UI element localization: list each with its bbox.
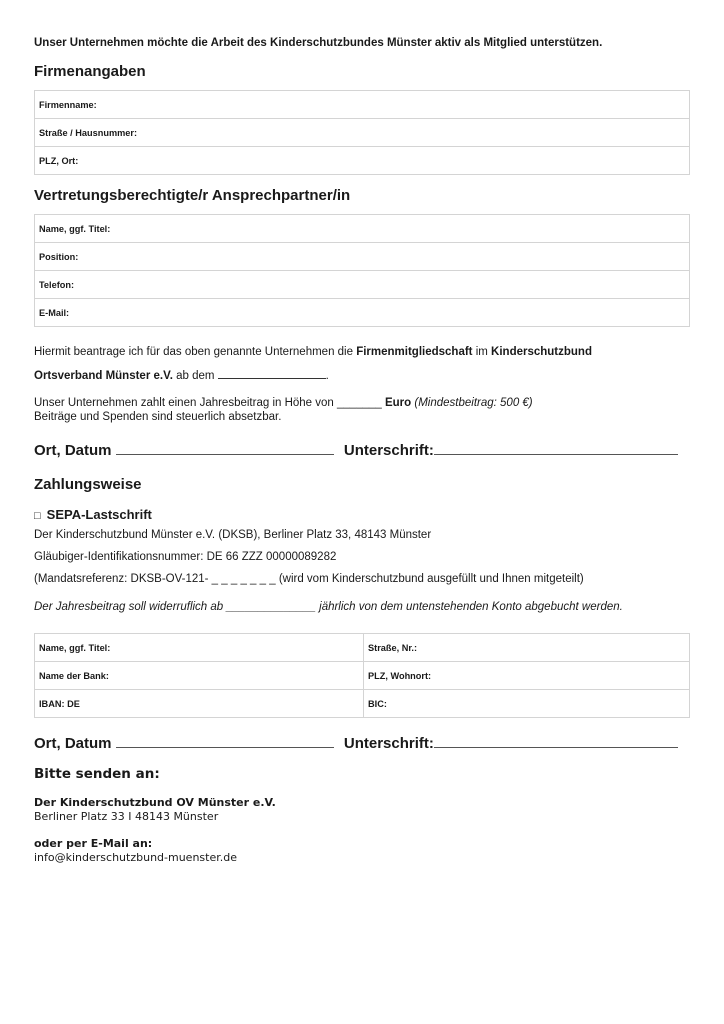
send-heading: Bitte senden an: xyxy=(34,766,160,782)
signature-line-1: Ort, Datum Unterschrift: xyxy=(34,442,678,459)
checkbox-icon[interactable]: □ xyxy=(34,510,41,522)
street-field[interactable]: Straße, Nr.: xyxy=(364,634,690,662)
contact-name-field[interactable]: Name, ggf. Titel: xyxy=(35,215,690,243)
debit-text: Der Jahresbeitrag soll widerruflich ab _… xyxy=(34,601,623,613)
bank-name-field[interactable]: Name der Bank: xyxy=(35,662,364,690)
iban-field[interactable]: IBAN: DE xyxy=(35,690,364,718)
org-name-2: Ortsverband Münster e.V. xyxy=(34,370,173,382)
email-link[interactable]: info@kinderschutzbund-muenster.de xyxy=(34,851,237,864)
contact-heading: Vertretungsberechtigte/r Ansprechpartner… xyxy=(34,187,350,204)
company-heading: Firmenangaben xyxy=(34,63,146,80)
send-org: Der Kinderschutzbund OV Münster e.V. xyxy=(34,796,276,809)
signature-blank[interactable] xyxy=(434,442,678,455)
debit-text-part: jährlich von dem untenstehenden Konto ab… xyxy=(316,601,623,613)
creditor-text: Der Kinderschutzbund Münster e.V. (DKSB)… xyxy=(34,529,431,541)
application-text-part: ab dem xyxy=(173,370,218,382)
signature-label: Unterschrift: xyxy=(344,442,434,459)
sepa-label: SEPA-Lastschrift xyxy=(47,507,152,522)
place-date-blank[interactable] xyxy=(116,442,334,455)
signature-label: Unterschrift: xyxy=(344,735,434,752)
fee-amount-blank[interactable]: _______ xyxy=(337,397,382,409)
contact-email-field[interactable]: E-Mail: xyxy=(35,299,690,327)
membership-type: Firmenmitgliedschaft xyxy=(356,346,472,358)
bank-table: Name, ggf. Titel: Straße, Nr.: Name der … xyxy=(34,633,690,718)
email-label: oder per E-Mail an: xyxy=(34,837,152,850)
fee-minimum: (Mindestbeitrag: 500 €) xyxy=(411,397,532,409)
payment-heading: Zahlungsweise xyxy=(34,476,142,493)
place-date-label: Ort, Datum xyxy=(34,735,112,752)
application-text: Hiermit beantrage ich für das oben genan… xyxy=(34,340,592,388)
debit-text-part: Der Jahresbeitrag soll widerruflich ab xyxy=(34,601,226,613)
fee-currency: Euro xyxy=(382,397,411,409)
mandate-text: (Mandatsreferenz: DKSB-OV-121- _ _ _ _ _… xyxy=(34,573,584,585)
company-city-field[interactable]: PLZ, Ort: xyxy=(35,147,690,175)
application-text-part: . xyxy=(326,370,329,382)
start-date-blank[interactable] xyxy=(218,368,326,379)
company-table: Firmenname: Straße / Hausnummer: PLZ, Or… xyxy=(34,90,690,175)
creditor-id-text: Gläubiger-Identifikationsnummer: DE 66 Z… xyxy=(34,551,336,563)
contact-position-field[interactable]: Position: xyxy=(35,243,690,271)
contact-table: Name, ggf. Titel: Position: Telefon: E-M… xyxy=(34,214,690,327)
intro-text: Unser Unternehmen möchte die Arbeit des … xyxy=(34,37,602,49)
company-street-field[interactable]: Straße / Hausnummer: xyxy=(35,119,690,147)
send-email: oder per E-Mail an: info@kinderschutzbun… xyxy=(34,837,237,865)
fee-text: Unser Unternehmen zahlt einen Jahresbeit… xyxy=(34,396,533,424)
sepa-option[interactable]: □SEPA-Lastschrift xyxy=(34,507,152,522)
debit-start-blank[interactable]: ______________ xyxy=(226,601,316,613)
bic-field[interactable]: BIC: xyxy=(364,690,690,718)
send-address: Der Kinderschutzbund OV Münster e.V. Ber… xyxy=(34,796,276,824)
place-date-blank[interactable] xyxy=(116,735,334,748)
tax-note: Beiträge und Spenden sind steuerlich abs… xyxy=(34,411,281,423)
company-name-field[interactable]: Firmenname: xyxy=(35,91,690,119)
org-name: Kinderschutzbund xyxy=(491,346,592,358)
signature-line-2: Ort, Datum Unterschrift: xyxy=(34,735,678,752)
signature-blank[interactable] xyxy=(434,735,678,748)
place-date-label: Ort, Datum xyxy=(34,442,112,459)
account-holder-field[interactable]: Name, ggf. Titel: xyxy=(35,634,364,662)
fee-text-part: Unser Unternehmen zahlt einen Jahresbeit… xyxy=(34,397,337,409)
application-text-part: Hiermit beantrage ich für das oben genan… xyxy=(34,346,356,358)
contact-phone-field[interactable]: Telefon: xyxy=(35,271,690,299)
application-text-part: im xyxy=(473,346,492,358)
zip-city-field[interactable]: PLZ, Wohnort: xyxy=(364,662,690,690)
send-address-line: Berliner Platz 33 I 48143 Münster xyxy=(34,810,218,823)
